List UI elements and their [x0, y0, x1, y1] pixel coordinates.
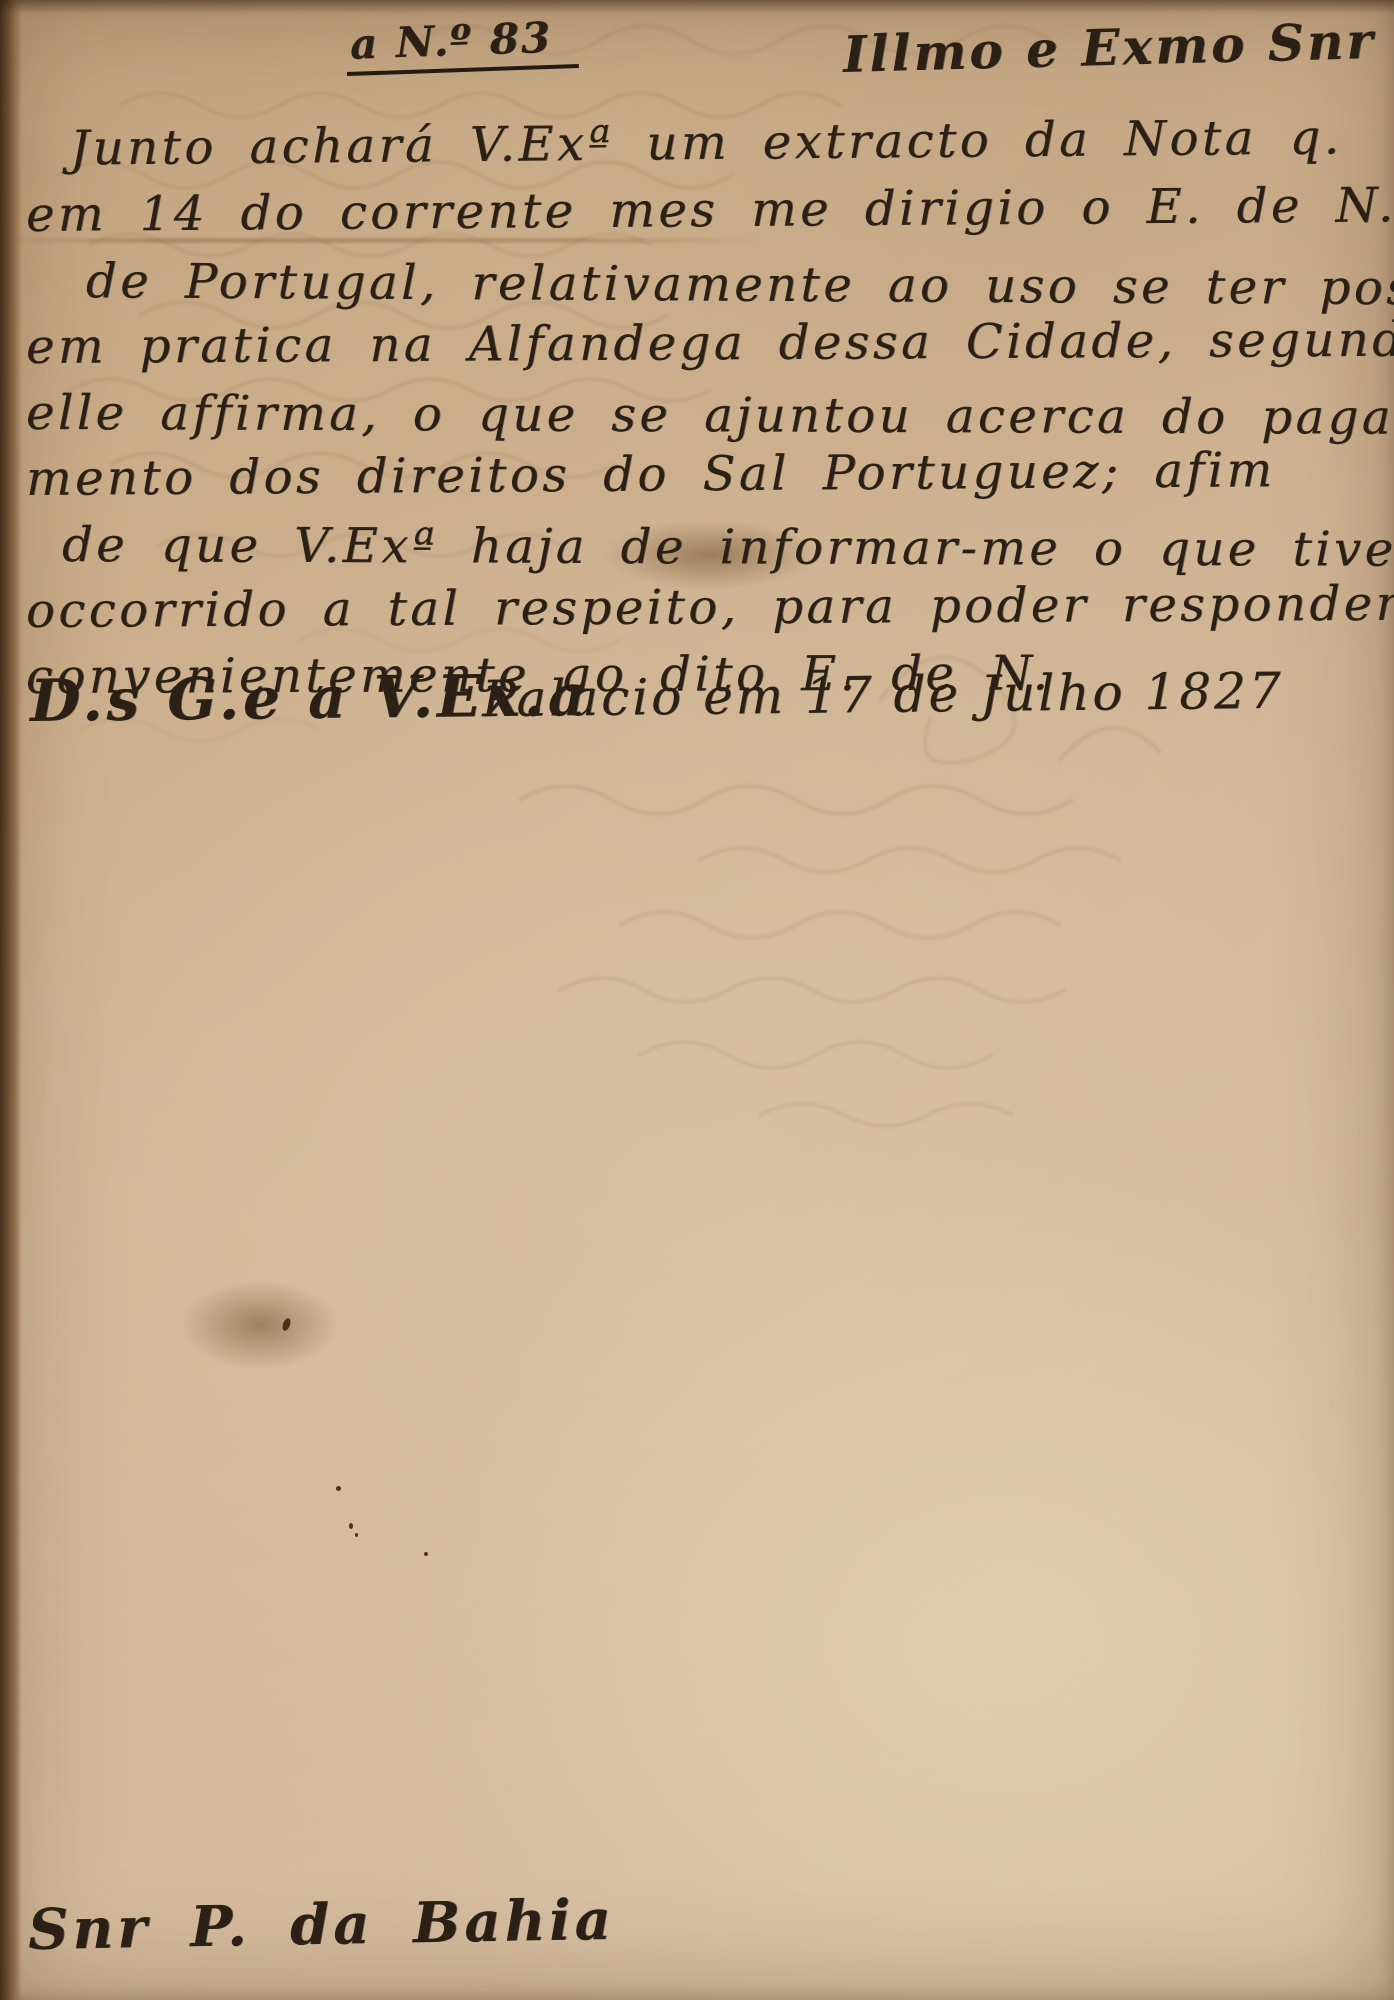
valediction: D.s G.e a V.Ex.a	[30, 662, 483, 735]
place-date: Palacio em 17 de Julho 1827	[482, 662, 1284, 728]
ink-speck	[355, 1533, 358, 1537]
letter-body: Junto achará V.Exª um extracto da Nota q…	[26, 116, 1382, 710]
manuscript-page: a N.º 83 Illmo e Exmo Snr Junto achará V…	[0, 0, 1394, 2000]
body-line-1: Junto achará V.Exª um extracto da Nota q…	[26, 104, 1383, 182]
salutation: Illmo e Exmo Snr	[843, 11, 1377, 84]
ink-speck	[424, 1552, 428, 1556]
body-line-6: mento dos direitos do Sal Portuguez; afi…	[26, 437, 1382, 512]
book-binding-edge	[0, 0, 22, 2000]
ink-speck	[336, 1486, 341, 1491]
document-number: a N.º 83	[345, 12, 579, 76]
body-line-8: occorrido a tal respeito, para poder res…	[26, 571, 1382, 644]
document-number-text: a N.º 83	[345, 12, 579, 76]
ink-speck	[349, 1523, 353, 1529]
closing-line: D.s G.e a V.Ex.a Palacio em 17 de Julho …	[30, 653, 1361, 735]
addressee: Snr P. da Bahia	[27, 1887, 615, 1963]
body-line-4: em pratica na Alfandega dessa Cidade, se…	[26, 307, 1382, 380]
page-top-shadow	[0, 0, 1394, 14]
paper-smudge	[180, 1280, 340, 1370]
body-line-2: em 14 do corrente mes me dirigio o E. de…	[26, 173, 1382, 248]
